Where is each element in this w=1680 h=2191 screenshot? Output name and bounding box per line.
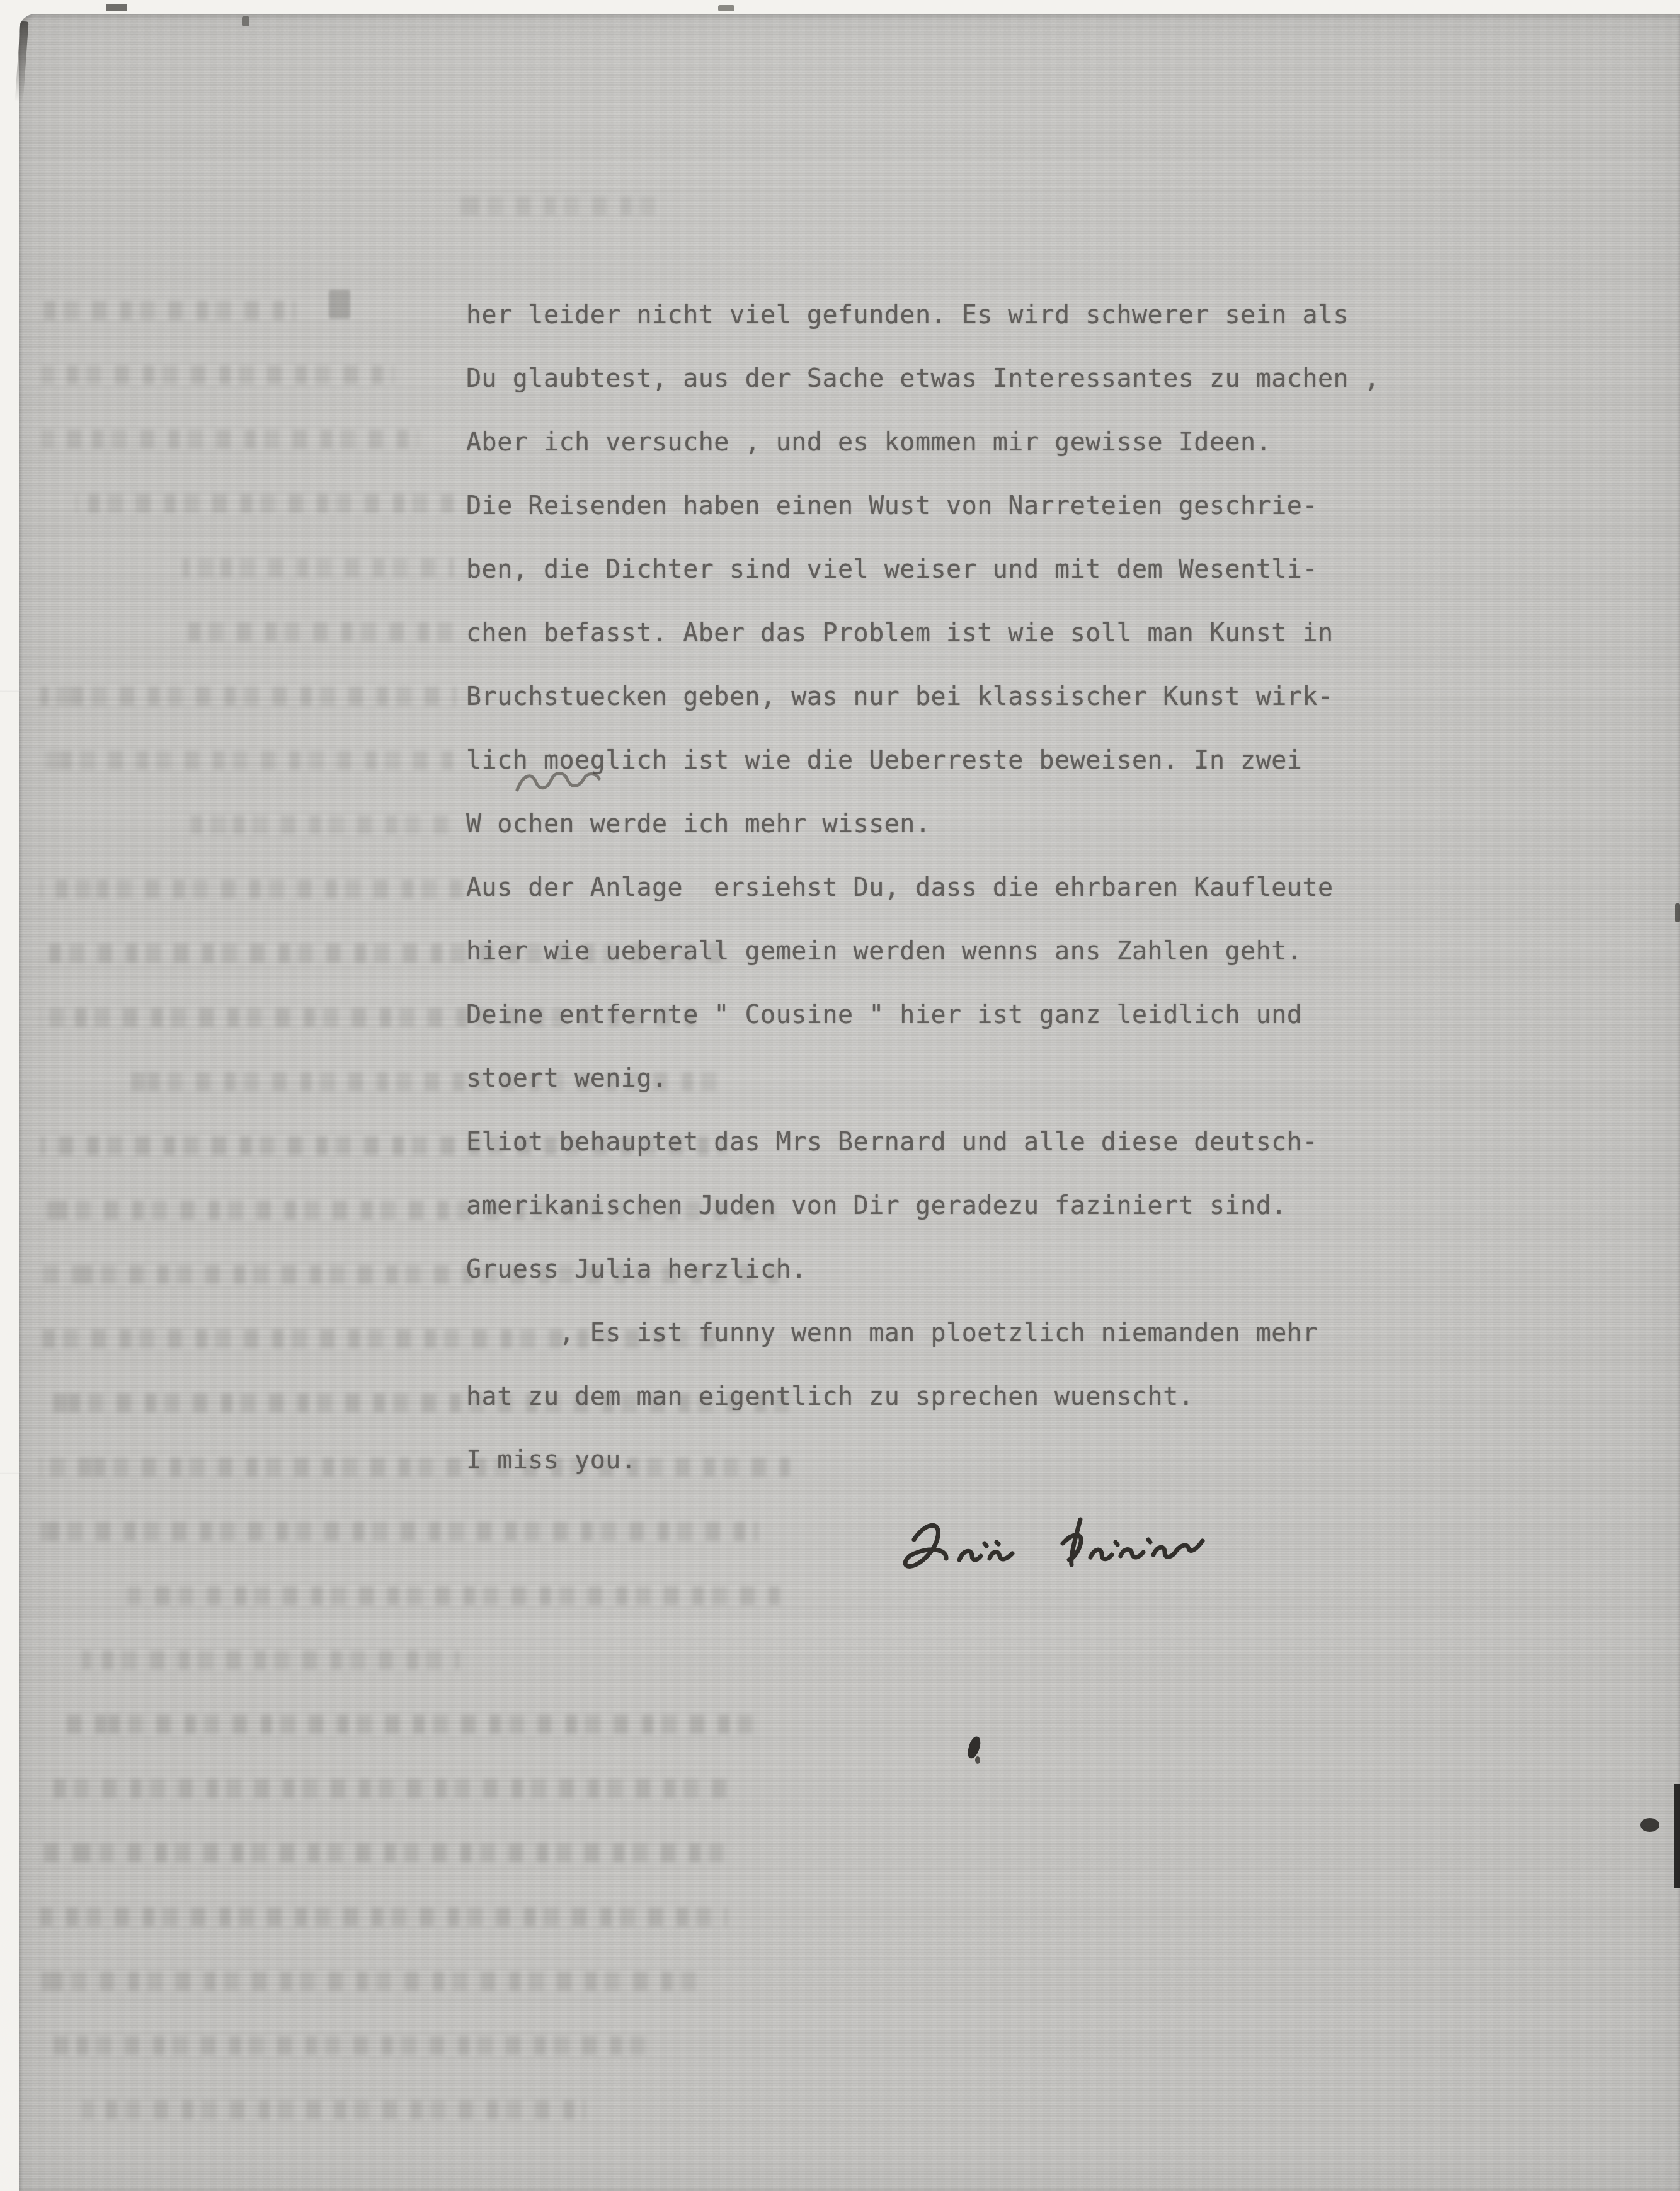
typed-line: amerikanischen Juden von Dir geradezu fa… (466, 1174, 1411, 1238)
typed-line: hat zu dem man eigentlich zu sprechen wu… (466, 1365, 1411, 1429)
typed-line: Aber ich versuche , und es kommen mir ge… (466, 411, 1411, 474)
typed-line: Eliot behauptet das Mrs Bernard und alle… (466, 1111, 1411, 1174)
typed-line: ben, die Dichter sind viel weiser und mi… (466, 538, 1411, 602)
typed-line: her leider nicht viel gefunden. Es wird … (466, 283, 1411, 347)
scan-edge-speck (718, 5, 734, 11)
typed-body: her leider nicht viel gefunden. Es wird … (466, 283, 1411, 1492)
typed-line: Gruess Julia herzlich. (466, 1238, 1411, 1301)
typed-line: W ochen werde ich mehr wissen. (466, 792, 1411, 856)
scanned-letter-page: her leider nicht viel gefunden. Es wird … (0, 0, 1680, 2191)
typed-line: chen befasst. Aber das Problem ist wie s… (466, 602, 1411, 665)
typed-line: Du glaubtest, aus der Sache etwas Intere… (466, 347, 1411, 411)
scan-edge-speck (106, 4, 127, 11)
typed-line: Aus der Anlage ersiehst Du, dass die ehr… (466, 856, 1411, 920)
typed-line: , Es ist funny wenn man ploetzlich niema… (466, 1301, 1411, 1365)
typed-line: hier wie ueberall gemein werden wenns an… (466, 920, 1411, 983)
handwritten-insertion-mark (513, 764, 614, 801)
typed-line: Deine entfernte " Cousine " hier ist gan… (466, 983, 1411, 1047)
typed-line: Die Reisenden haben einen Wust von Narre… (466, 474, 1411, 538)
typed-line: stoert wenig. (466, 1047, 1411, 1111)
typed-line: I miss you. (466, 1429, 1411, 1492)
handwritten-signature (872, 1511, 1276, 1618)
typed-line: Bruchstuecken geben, was nur bei klassis… (466, 665, 1411, 729)
